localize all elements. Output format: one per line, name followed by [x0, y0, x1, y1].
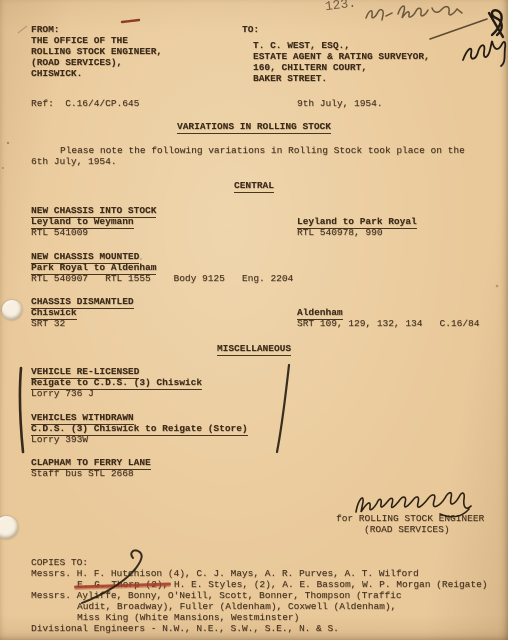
group-title: VEHICLE RE-LICENSED	[31, 366, 139, 377]
section-heading-central: CENTRAL	[0, 180, 508, 191]
to-line: 160, CHILTERN COURT,	[253, 62, 367, 73]
from-line: THE OFFICE OF THE	[31, 35, 128, 46]
hole-punch-bottom	[0, 516, 18, 539]
handwritten-initials	[463, 41, 505, 66]
copies-label: COPIES TO:	[31, 557, 88, 568]
group-title: CLAPHAM TO FERRY LANE	[31, 457, 151, 468]
group-value: Lorry 736 J	[31, 388, 94, 399]
pen-flourish	[489, 10, 503, 37]
date: 9th July, 1954.	[297, 98, 383, 109]
signature-for-line: for ROLLING STOCK ENGINEER	[336, 513, 484, 524]
margin-pen-stroke-left	[20, 368, 23, 452]
copies-line: Miss King (White Mansions, Westminster)	[77, 612, 299, 623]
signature-dept-line: (ROAD SERVICES)	[364, 524, 450, 535]
intro-line-2: 6th July, 1954.	[31, 156, 117, 167]
group-title: VEHICLES WITHDRAWN	[31, 412, 134, 423]
copies-line: Messrs. Ayliffe, Bonny, O'Neill, Scott, …	[31, 590, 402, 601]
handwritten-page-number: 123.	[324, 0, 357, 14]
margin-pen-stroke-right	[277, 365, 289, 452]
pencil-tick	[18, 26, 27, 33]
group-value: Staff bus STL 2668	[31, 468, 134, 479]
group-value: SRT 109, 129, 132, 134 C.16/84	[297, 318, 479, 329]
from-line: CHISWICK.	[31, 68, 82, 79]
pen-diagonal-stroke	[430, 19, 487, 39]
to-line: ESTATE AGENT & RATING SURVEYOR,	[253, 51, 430, 62]
scanned-memo-page: FROM: THE OFFICE OF THE ROLLING STOCK EN…	[0, 0, 508, 640]
to-label: TO:	[242, 24, 259, 35]
group-title: NEW CHASSIS MOUNTED	[31, 251, 139, 262]
red-dash-mark	[122, 20, 139, 22]
hole-punch-top	[2, 300, 22, 320]
ref-line: Ref: C.16/4/CP.645	[31, 98, 139, 109]
group-title: CHASSIS DISMANTLED	[31, 296, 134, 307]
intro-line-1: Please note the following variations in …	[60, 145, 465, 156]
group-subtitle: Aldenham	[297, 307, 343, 318]
group-subtitle: Reigate to C.D.S. (3) Chiswick	[31, 377, 202, 388]
group-value: RTL 541009	[31, 227, 88, 238]
group-value: Lorry 393W	[31, 434, 88, 445]
group-value: SRT 32	[31, 318, 65, 329]
group-subtitle: Leyland to Weymann	[31, 216, 134, 227]
from-line: (ROAD SERVICES),	[31, 57, 122, 68]
to-line: BAKER STREET.	[253, 73, 327, 84]
group-value: RTL 540907 RTL 1555 Body 9125 Eng. 2204	[31, 273, 293, 284]
from-line: ROLLING STOCK ENGINEER,	[31, 46, 162, 57]
doc-title: VARIATIONS IN ROLLING STOCK	[0, 121, 508, 132]
from-label: FROM:	[31, 24, 60, 35]
group-subtitle: Leyland to Park Royal	[297, 216, 417, 227]
struck-name: E. G. Thorp (2),	[77, 579, 168, 590]
group-value: RTL 540978, 990	[297, 227, 383, 238]
copies-line: Divisional Engineers - N.W., N.E., S.W.,…	[31, 623, 339, 634]
group-subtitle: C.D.S. (3) Chiswick to Reigate (Store)	[31, 423, 248, 434]
to-line: T. C. WEST, ESQ.,	[253, 40, 350, 51]
copies-line: Audit, Broadway), Fuller (Aldenham), Cox…	[77, 601, 396, 612]
handwritten-script	[366, 6, 462, 20]
group-subtitle: Chiswick	[31, 307, 77, 318]
group-subtitle: Park Royal to Aldenham	[31, 262, 156, 273]
section-heading-miscellaneous: MISCELLANEOUS	[0, 343, 508, 354]
group-title: NEW CHASSIS INTO STOCK	[31, 205, 156, 216]
copies-line: Messrs. H. F. Hutchison (4), C. J. Mays,…	[31, 568, 419, 579]
copies-line: E. G. Thorp (2), H. E. Styles, (2), A. E…	[77, 579, 487, 590]
